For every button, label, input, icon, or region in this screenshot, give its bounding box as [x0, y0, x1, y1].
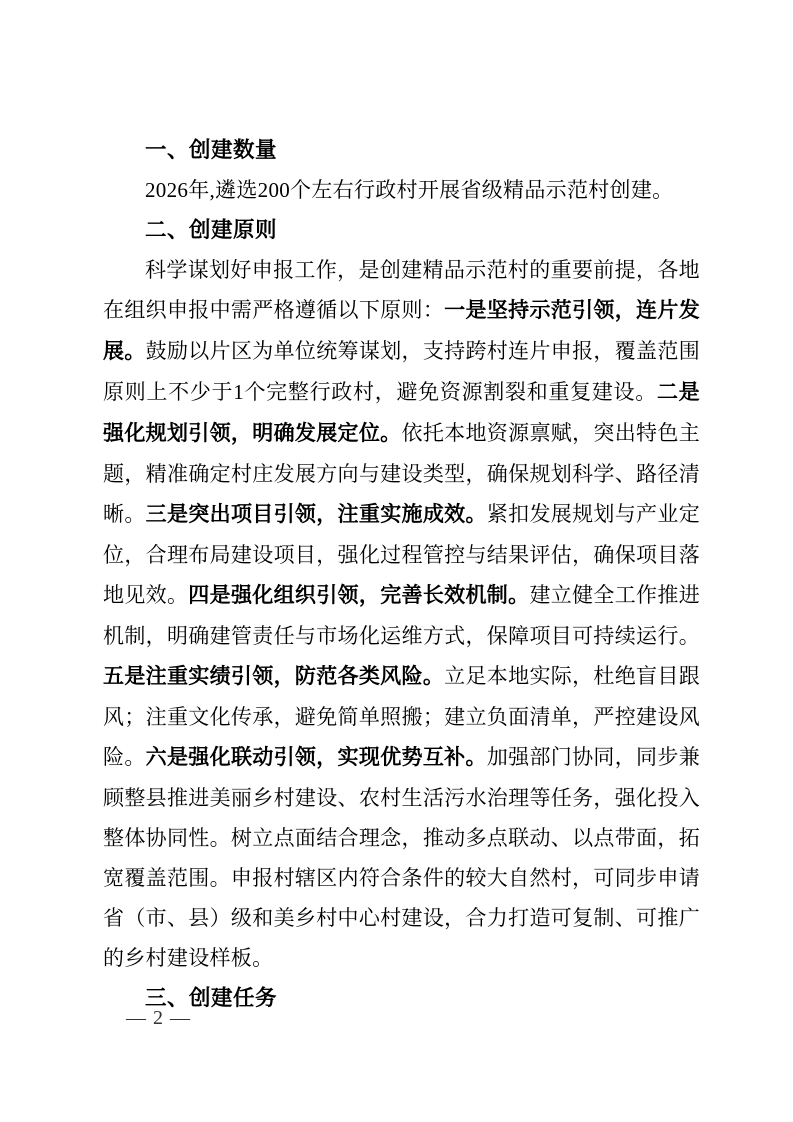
text-run-bold: 五是注重实绩引领，防范各类风险。: [103, 665, 444, 688]
paragraph: 2026年,遴选200个左右行政村开展省级精品示范村创建。: [103, 170, 700, 210]
page-number: — 2 —: [126, 998, 191, 1038]
text-run: 加强部门协同，同步兼顾整县推进美丽乡村建设、农村生活污水治理等任务，强化投入整体…: [103, 745, 700, 970]
section-heading: 三、创建任务: [103, 978, 700, 1018]
paragraph: 科学谋划好申报工作，是创建精品示范村的重要前提，各地在组织申报中需严格遵循以下原…: [103, 250, 700, 978]
text-run-bold: 四是强化组织引领，完善长效机制。: [188, 584, 529, 607]
text-run: 2026年,遴选200个左右行政村开展省级精品示范村创建。: [145, 178, 673, 202]
section-heading: 二、创建原则: [103, 210, 700, 250]
text-run-bold: 六是强化联动引领，实现优势互补。: [146, 746, 487, 769]
document-page: 一、创建数量2026年,遴选200个左右行政村开展省级精品示范村创建。二、创建原…: [0, 0, 793, 1122]
document-body: 一、创建数量2026年,遴选200个左右行政村开展省级精品示范村创建。二、创建原…: [103, 130, 700, 1018]
section-heading: 一、创建数量: [103, 130, 700, 170]
text-run-bold: 三是突出项目引领，注重实施成效。: [146, 503, 487, 526]
text-run: 鼓励以片区为单位统筹谋划，支持跨村连片申报，覆盖范围原则上不少于1个完整行政村，…: [103, 339, 700, 404]
